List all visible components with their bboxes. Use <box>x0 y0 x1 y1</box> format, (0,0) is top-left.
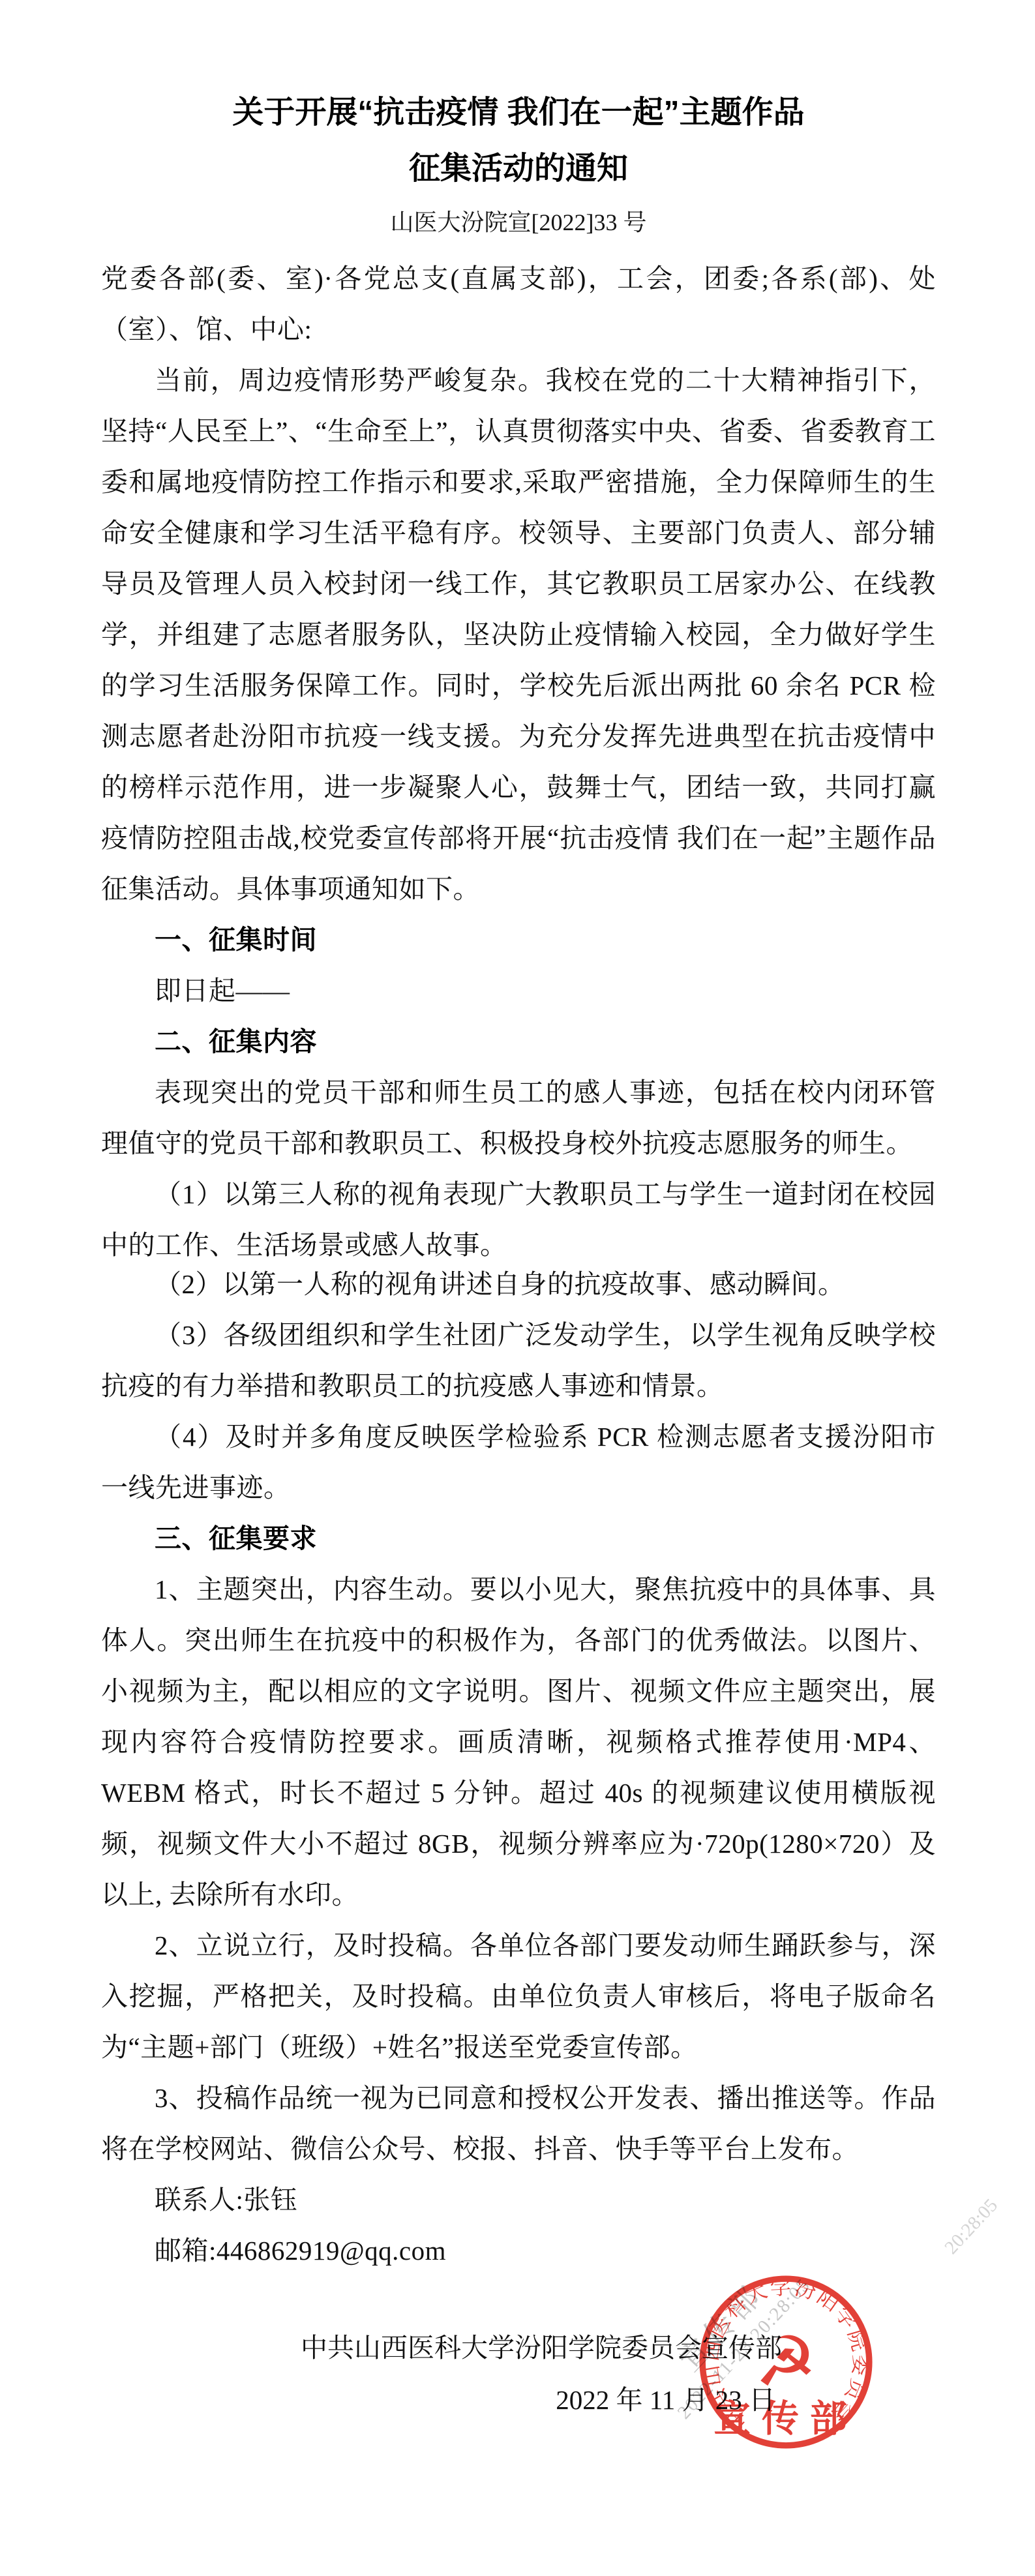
collection-time-paragraph: 即日起—— <box>101 965 936 1016</box>
section-heading-3: 三、征集要求 <box>101 1513 936 1564</box>
notice-document-page: 关于开展“抗击疫情 我们在一起”主题作品 征集活动的通知 山医大汾院宣[2022… <box>0 0 1035 2576</box>
content-item-1: （1）以第三人称的视角表现广大教职员工与学生一道封闭在校园中的工作、生活场景或感… <box>101 1169 936 1270</box>
contact-email-line: 邮箱:446862919@qq.com <box>101 2225 936 2276</box>
content-item-2: （2）以第一人称的视角讲述自身的抗疫故事、感动瞬间。 <box>101 1259 936 1310</box>
official-seal: 中共山西医科大学汾阳学院委员会 ☭ 宣传部 <box>693 2269 878 2455</box>
salutation-paragraph: 党委各部(委、室)·各党总支(直属支部)，工会，团委;各系(部)、处（室）、馆、… <box>101 253 936 355</box>
intro-paragraph: 当前，周边疫情形势严峻复杂。我校在党的二十大精神指引下，坚持“人民至上”、“生命… <box>101 355 936 914</box>
content-item-4: （4）及时并多角度反映医学检验系 PCR 检测志愿者支援汾阳市一线先进事迹。 <box>101 1411 936 1513</box>
title-line-2: 征集活动的通知 <box>101 141 936 197</box>
section-heading-2: 二、征集内容 <box>101 1016 936 1067</box>
requirement-item-1: 1、主题突出，内容生动。要以小见大，聚焦抗疫中的具体事、具体人。突出师生在抗疫中… <box>101 1564 936 1920</box>
signature-date: 2022 年 11 月 23 日 <box>101 2374 782 2426</box>
requirement-item-3: 3、投稿作品统一视为已同意和授权公开发表、播出推送等。作品将在学校网站、微信公众… <box>101 2073 936 2174</box>
content-item-3: （3）各级团组织和学生社团广泛发动学生，以学生视角反映学校抗疫的有力举措和教职员… <box>101 1310 936 1411</box>
document-content: 关于开展“抗击疫情 我们在一起”主题作品 征集活动的通知 山医大汾院宣[2022… <box>0 0 1035 2426</box>
contact-person-line: 联系人:张钰 <box>101 2174 936 2225</box>
title-line-1: 关于开展“抗击疫情 我们在一起”主题作品 <box>101 85 936 141</box>
content-overview-paragraph: 表现突出的党员干部和师生员工的感人事迹，包括在校内闭环管理值守的党员干部和教职员… <box>101 1067 936 1169</box>
document-number: 山医大汾院宣[2022]33 号 <box>101 202 936 243</box>
signature-organization: 中共山西医科大学汾阳学院委员会宣传部 <box>101 2322 782 2374</box>
seal-bottom-text: 宣传部 <box>713 2397 858 2440</box>
requirement-item-2: 2、立说立行，及时投稿。各单位各部门要发动师生踊跃参与，深入挖掘，严格把关，及时… <box>101 1920 936 2073</box>
hammer-and-sickle-icon: ☭ <box>755 2322 817 2403</box>
document-title: 关于开展“抗击疫情 我们在一起”主题作品 征集活动的通知 <box>101 85 936 197</box>
section-heading-1: 一、征集时间 <box>101 914 936 965</box>
